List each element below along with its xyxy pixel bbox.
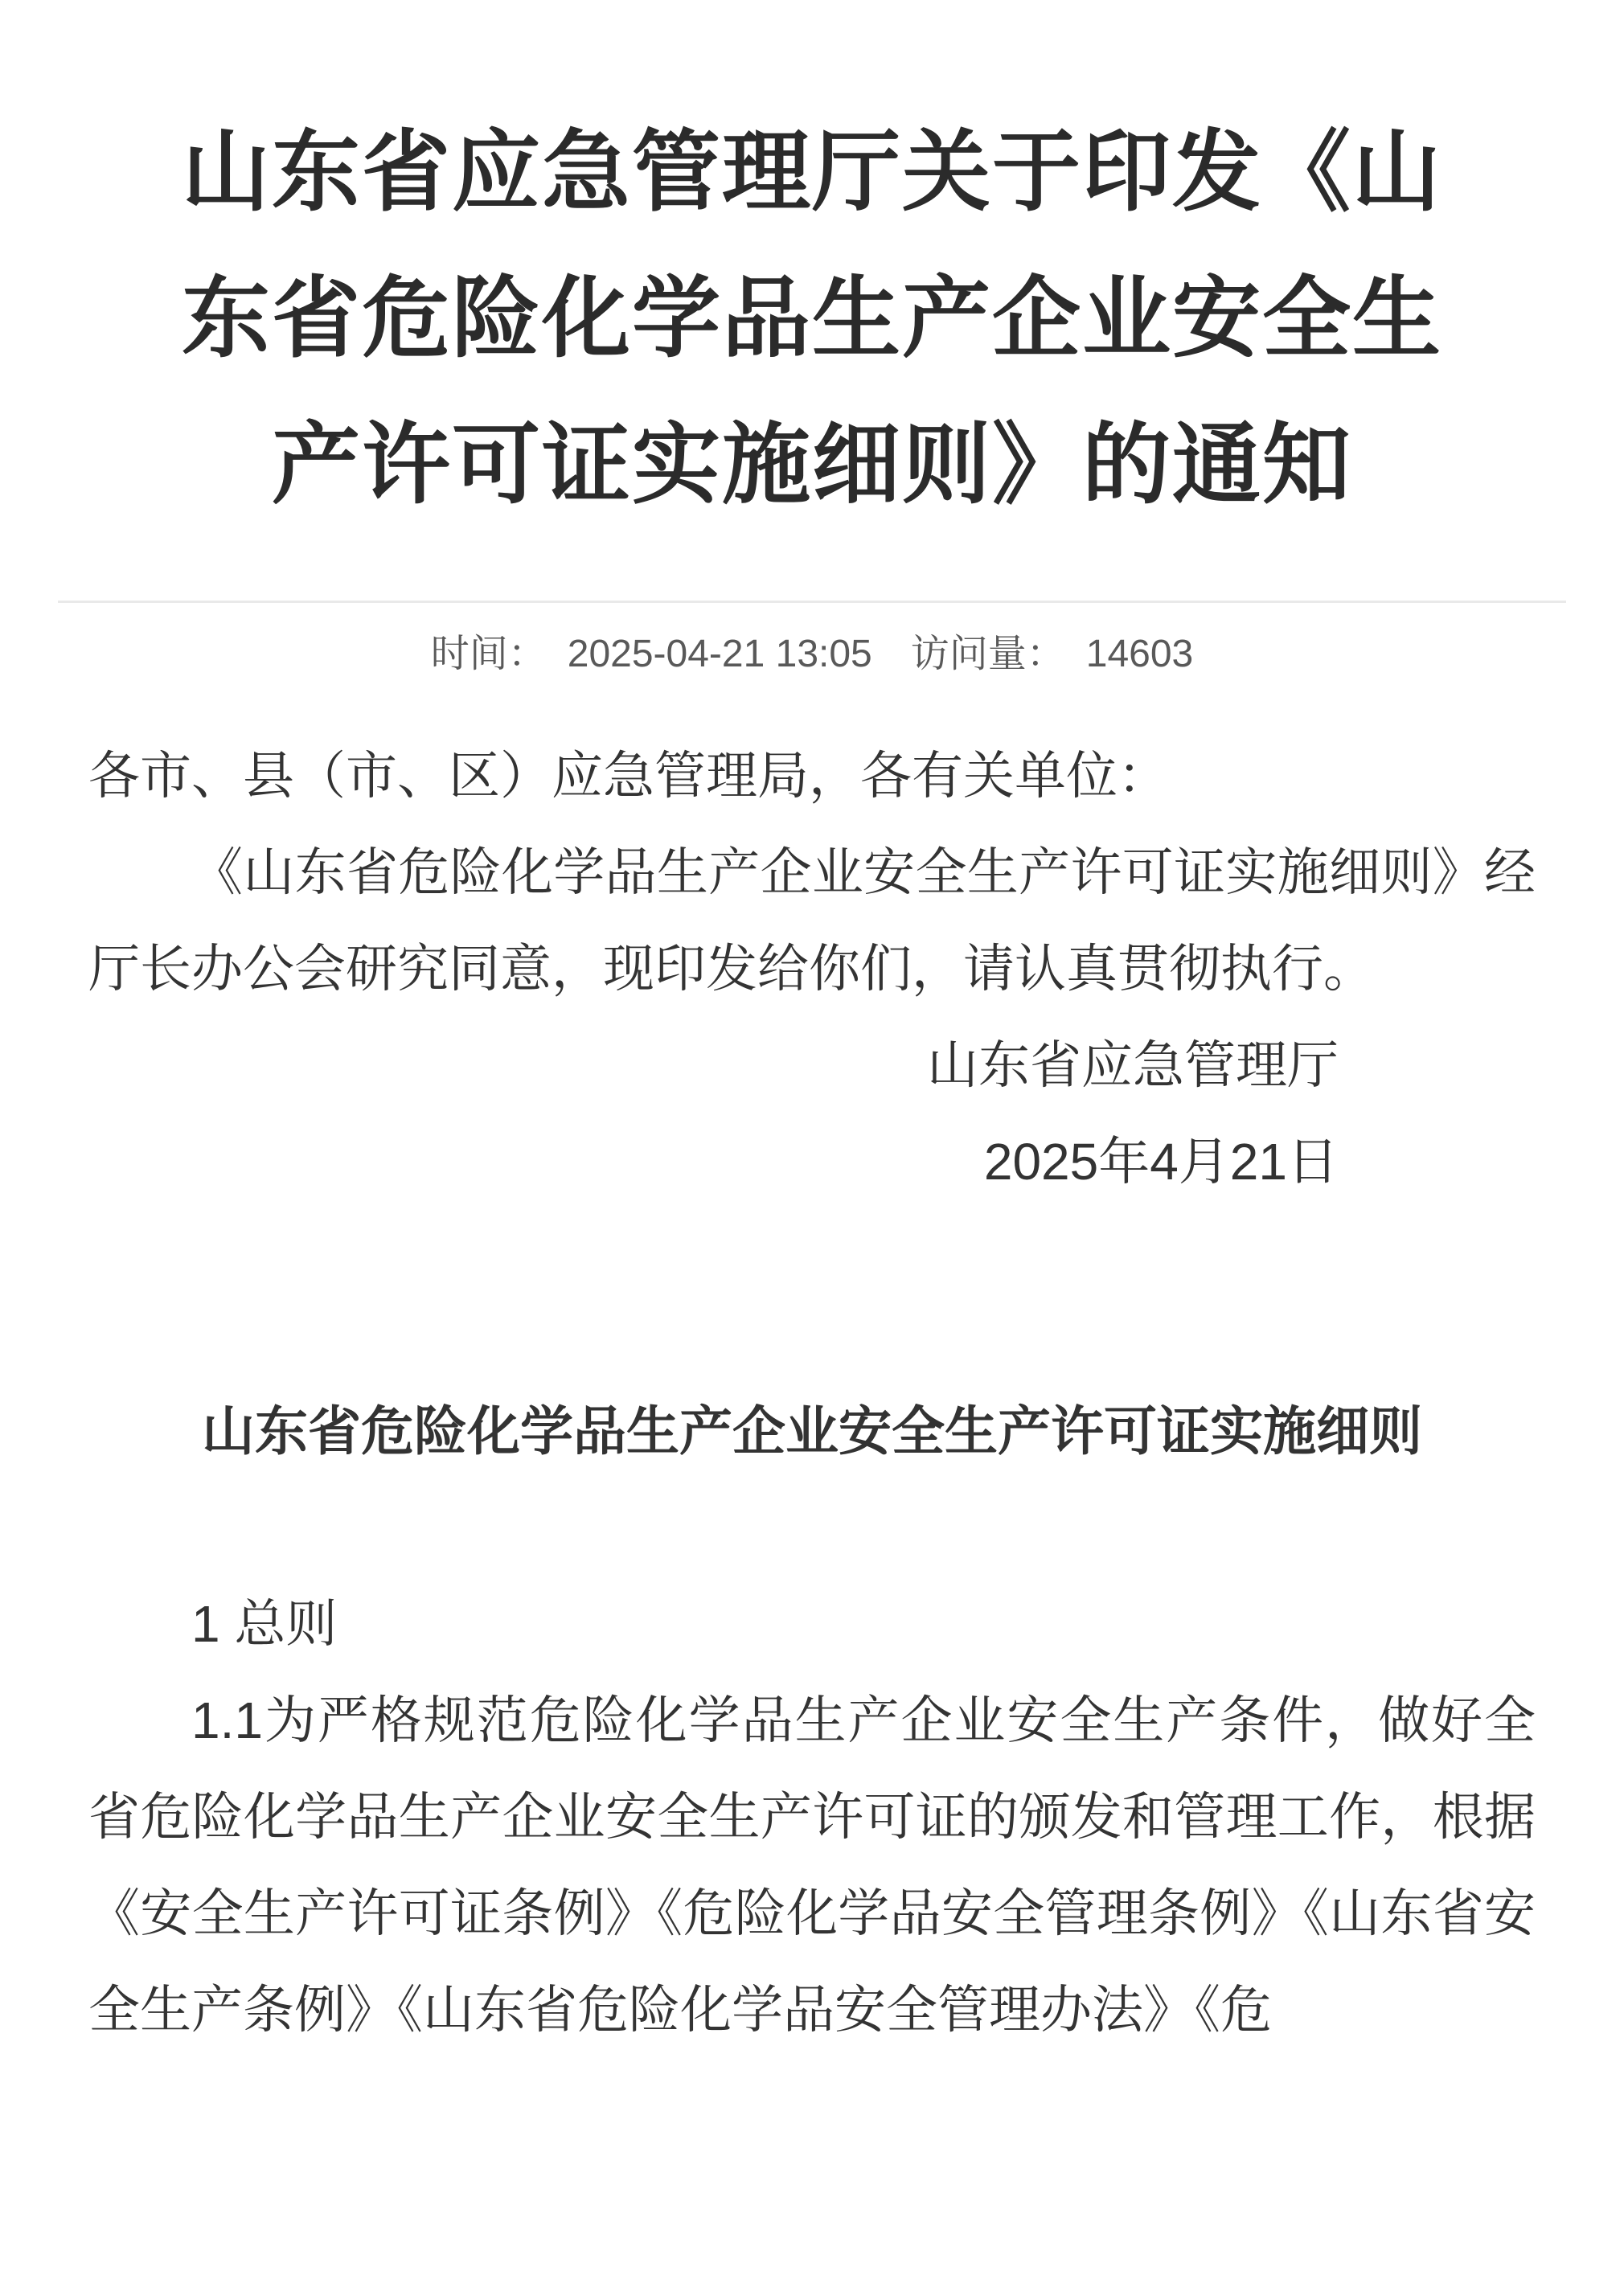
section-title: 1 总则: [88, 1576, 1536, 1672]
publish-time-label: 时间：: [431, 633, 547, 675]
views-value: 14603: [1086, 633, 1193, 675]
article-body: 各市、县（市、区）应急管理局，各有关单位： 《山东省危险化学品生产企业安全生产许…: [88, 728, 1536, 2058]
page-title: 山东省应急管理厅关于印发《山 东省危险化学品生产企业安全生 产许可证实施细则》的…: [88, 100, 1536, 539]
salutation: 各市、县（市、区）应急管理局，各有关单位：: [88, 728, 1536, 824]
title-divider: [58, 601, 1566, 603]
publish-time-value: 2025-04-21 13:05: [568, 633, 872, 675]
document-heading: 山东省危险化学品生产企业安全生产许可证实施细则: [88, 1383, 1536, 1479]
views-label: 访问量：: [911, 633, 1065, 675]
page-title-line-1: 山东省应急管理厅关于印发《山: [88, 100, 1536, 246]
sign-date: 2025年4月21日: [88, 1113, 1536, 1210]
notice-body-paragraph: 《山东省危险化学品生产企业安全生产许可证实施细则》经厅长办公会研究同意，现印发给…: [88, 824, 1536, 1017]
article-meta: 时间：2025-04-21 13:05访问量：14603: [88, 627, 1536, 682]
page-title-line-3: 产许可证实施细则》的通知: [88, 392, 1536, 539]
paragraph-1-1: 1.1为严格规范危险化学品生产企业安全生产条件，做好全省危险化学品生产企业安全生…: [88, 1672, 1536, 2058]
signer: 山东省应急管理厅: [88, 1017, 1536, 1113]
notice-page: 山东省应急管理厅关于印发《山 东省危险化学品生产企业安全生 产许可证实施细则》的…: [0, 0, 1624, 2296]
page-title-line-2: 东省危险化学品生产企业安全生: [88, 246, 1536, 392]
